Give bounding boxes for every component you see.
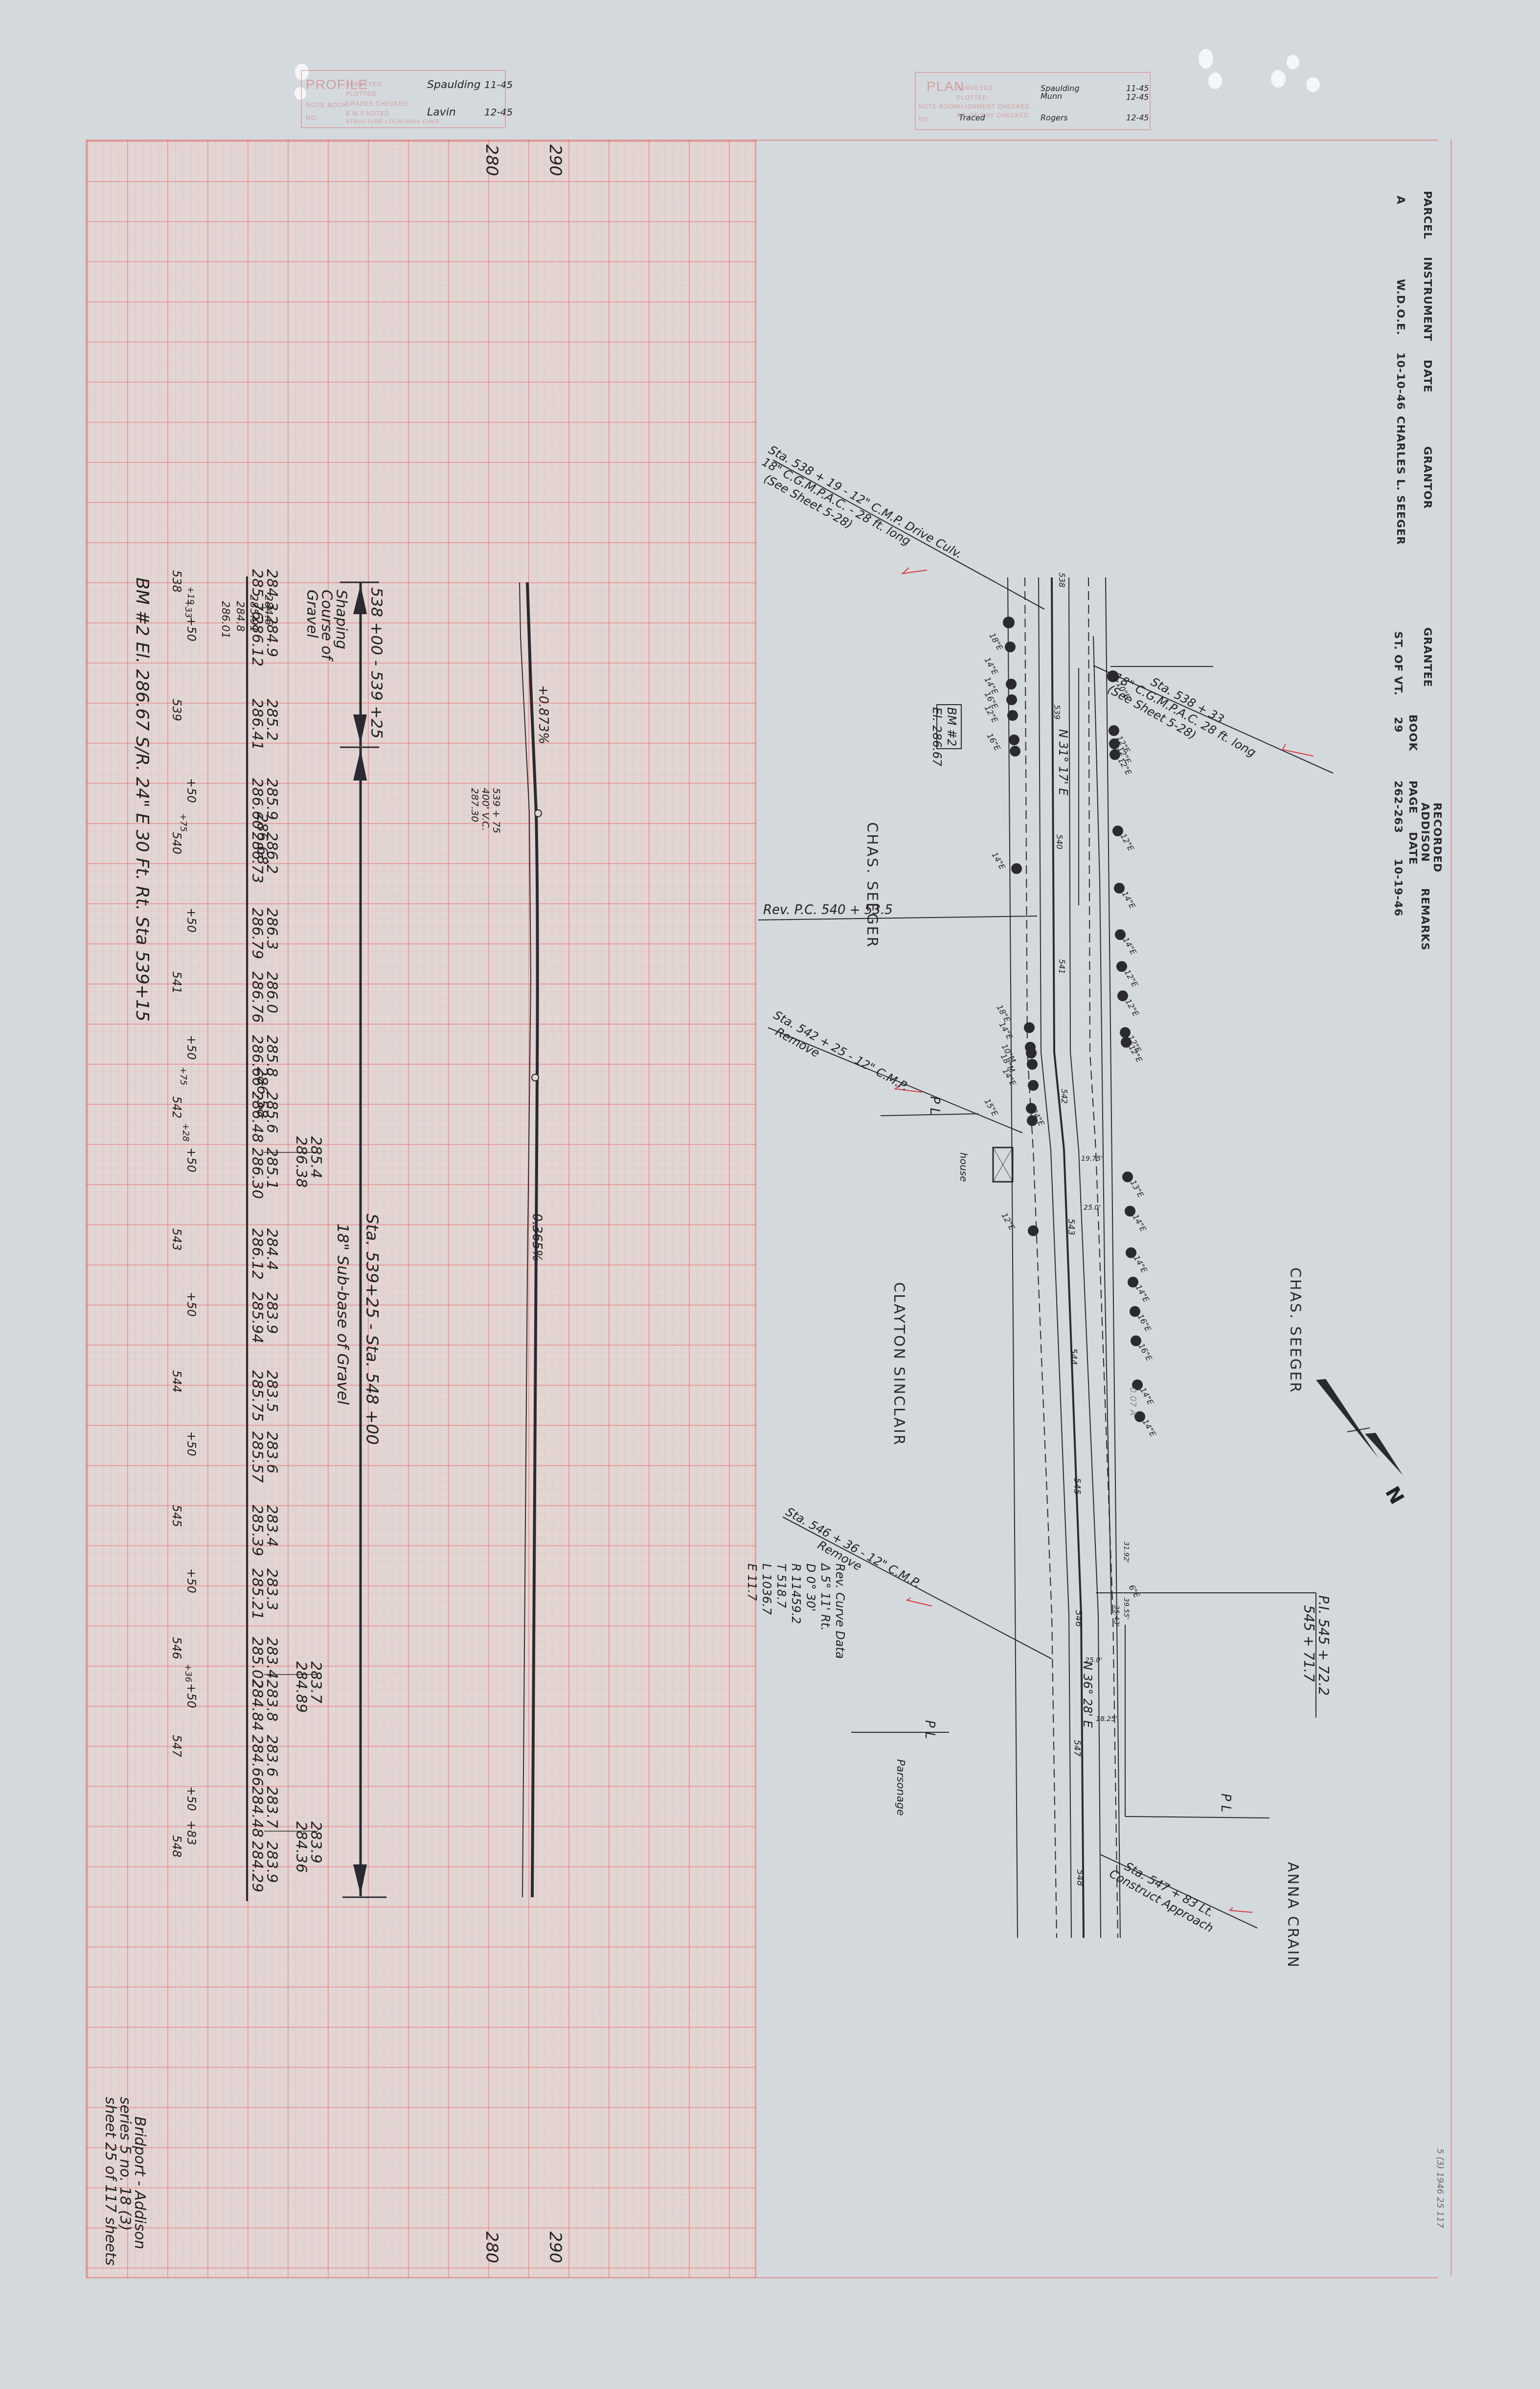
pi-label: P.I. 545 + 72.2545 + 71.7: [1301, 1595, 1331, 1696]
pi-value: P.I. 545 + 72.2: [1316, 1595, 1331, 1696]
rec-book: 29: [1392, 717, 1404, 733]
rec-header-grantor: GRANTOR: [1421, 446, 1433, 509]
station-label: 540: [170, 832, 183, 854]
grade-elev: 286.41: [249, 699, 264, 750]
elevation-pair: 283.9285.94: [249, 1292, 279, 1343]
curve-external: E 11.7: [744, 1563, 758, 1659]
owner-label: ANNA CRAIN: [1284, 1862, 1301, 1969]
ground-elev: 285.4: [308, 1136, 323, 1188]
station-label: +50: [184, 617, 198, 642]
grade-elev: 285.21: [249, 1568, 264, 1620]
elevation-pair: 283.9284.36: [294, 1821, 323, 1873]
rec-header-remarks: REMARKS: [1419, 888, 1431, 951]
archive-stamp: 5 (3) 1946 25 117: [1432, 2148, 1447, 2228]
ground-elev: 285.2: [264, 699, 279, 750]
bearing-label: N 31° 17' E: [1056, 729, 1070, 796]
pi-value-2: 545 + 71.7: [1301, 1595, 1316, 1696]
grade-up-label: +0.873%: [536, 685, 550, 744]
ground-elev: 285.1: [264, 1148, 279, 1199]
grade-elev: 285.94: [249, 1292, 264, 1343]
owner-label: Parsonage: [893, 1759, 907, 1816]
plan-station: 544: [1068, 1348, 1079, 1365]
elevation-pair: 283.4285.39: [249, 1505, 279, 1556]
area-label: 0.07 A: [1125, 1387, 1140, 1416]
ground-elev: 286.3: [264, 908, 279, 959]
station-label: 546: [170, 1637, 183, 1659]
drawing-sheet: PROFILE SURVEYED PLOTTED GRADES CHECKED …: [0, 0, 1540, 2389]
elevation-pair: 285.6286.48: [249, 1091, 279, 1143]
ground-elev: 283.9: [308, 1821, 323, 1873]
grade-down-label: -0.365%: [529, 1209, 544, 1262]
plan-station: 539: [1052, 705, 1062, 720]
elevation-pair: 283.7284.89: [294, 1661, 323, 1713]
grade-elev: 284.89: [294, 1661, 308, 1713]
rec-date: 10-10-46: [1394, 352, 1406, 410]
rec-grantor: CHARLES L. SEEGER: [1394, 416, 1406, 545]
plan-station: 542: [1060, 1089, 1069, 1104]
elevation-pair: 283.3285.21: [249, 1568, 279, 1620]
station-label: +50: [184, 778, 198, 803]
station-label: 541: [170, 971, 183, 994]
elevation-pair: 283.8284.84: [249, 1679, 279, 1731]
rec-header-date: DATE: [1421, 360, 1433, 393]
rev-pc-label: Rev. P.C. 540 + 53.5: [763, 903, 893, 918]
station-label: 539: [170, 699, 183, 721]
station-label: 547: [170, 1735, 183, 1757]
rec-header-instrument: INSTRUMENT: [1421, 257, 1433, 342]
grade-elev: 285.57: [249, 1431, 264, 1483]
plan-station: 543: [1066, 1218, 1076, 1235]
elevation-pair: 283.6284.66: [249, 1735, 279, 1786]
curve-title: Rev. Curve Data: [832, 1563, 846, 1659]
station-label: 543: [170, 1228, 183, 1251]
station-label: +75: [178, 1067, 188, 1085]
house-label: house: [956, 1152, 971, 1182]
station-label: 545: [170, 1505, 183, 1527]
ground-elev: 284.9: [264, 615, 279, 666]
shaping-course-range: 538 +00 - 539 +25: [369, 587, 384, 738]
grade-elev: 284.84: [249, 1679, 264, 1731]
elevation-pair: 283.6285.57: [249, 1431, 279, 1483]
sheet-note-line: series 5 no. 18 (3): [117, 2097, 132, 2266]
curve-tangent: T 518.7: [773, 1563, 788, 1659]
curve-data: Rev. Curve Data Δ 5° 11' Rt. D 0° 30' R …: [744, 1563, 846, 1659]
sheet-note-line: Bridport - Addison: [132, 2097, 147, 2266]
dimension-label: 18.25': [1096, 1715, 1117, 1723]
station-label: 542: [170, 1096, 183, 1119]
ground-elev: 286.2: [264, 832, 279, 883]
ground-elev: 283.6: [264, 1735, 279, 1786]
rec-instrument: W.D.O.E.: [1394, 279, 1406, 335]
station-label: +83: [184, 1820, 198, 1845]
station-label: +28: [181, 1123, 191, 1142]
rec-header-page: PAGE: [1406, 781, 1419, 814]
grade-elev: 284.48: [249, 1786, 264, 1838]
elevation-pair: 285.4286.38: [294, 1136, 323, 1188]
owner-label: CHAS. SEEGER: [1287, 1267, 1304, 1394]
station-label: +50: [184, 1683, 198, 1708]
grade-elev: 286.48: [249, 1091, 264, 1143]
ground-elev: 283.5: [264, 1370, 279, 1422]
dimension-label: 25.0': [1085, 1656, 1102, 1664]
station-label: 538: [170, 570, 183, 593]
subbase-range: Sta. 539+25 - Sta. 548 +00: [364, 1214, 379, 1445]
shaping-course-desc: Shaping Course of Gravel: [304, 590, 348, 688]
elevation-pair: 283.7284.48: [249, 1786, 279, 1838]
station-label: 544: [170, 1370, 183, 1393]
dimension-label: 19.75': [1081, 1155, 1103, 1163]
dimension-label: 35.43': [1112, 1605, 1120, 1627]
dimension-label: 39.55': [1122, 1598, 1130, 1619]
ground-elev: 283.9: [264, 1841, 279, 1892]
station-label: +50: [184, 1786, 198, 1811]
rec-header-book: BOOK: [1406, 714, 1419, 751]
elevation-pair: 286.3286.79: [249, 908, 279, 959]
subbase-desc: 18" Sub-base of Gravel: [336, 1223, 350, 1405]
elevation-pair: 286.2286.73: [249, 832, 279, 883]
plan-station: 547: [1072, 1740, 1082, 1756]
grade-elev: 284.66: [249, 1735, 264, 1786]
bm-label: BM #2: [944, 707, 959, 766]
sheet-note-line: sheet 25 of 117 sheets: [103, 2097, 117, 2266]
grade-elev: 284.36: [294, 1821, 308, 1873]
rec-header-grantee: GRANTEE: [1421, 627, 1433, 688]
plan-station: 541: [1057, 959, 1066, 974]
bm-elev: El. 286.67: [929, 707, 944, 766]
ground-elev: 283.8: [264, 1679, 279, 1731]
station-label: +75: [178, 813, 188, 832]
rec-header-recorded: RECORDED: [1431, 803, 1443, 873]
station-label: +50: [184, 1431, 198, 1456]
ground-elev: 286.0: [264, 971, 279, 1023]
ground-elev: 283.7: [308, 1661, 323, 1713]
ground-elev: 283.7: [264, 1786, 279, 1838]
rec-parcel: A: [1394, 196, 1406, 205]
property-line-label: P L: [927, 1096, 942, 1115]
plan-station: 548: [1075, 1869, 1085, 1886]
sheet-note: Bridport - Addison series 5 no. 18 (3) s…: [103, 2097, 147, 2266]
ground-elev: 285.6: [264, 1091, 279, 1143]
grade-elev: 286.79: [249, 908, 264, 959]
grade-elev: 286.38: [294, 1136, 308, 1188]
elevation-pair: 284.8286.01: [218, 601, 247, 639]
benchmark-box: BM #2El. 286.67: [929, 707, 959, 766]
grade-elev: 285.75: [249, 1370, 264, 1422]
curve-radius: R 11459.2: [788, 1563, 802, 1659]
station-label: +50: [184, 1148, 198, 1172]
rec-rec-date: 10-19-46: [1392, 859, 1404, 917]
plan-station: 545: [1072, 1478, 1082, 1494]
grade-elev: 286.30: [249, 1148, 264, 1199]
station-label: +50: [184, 1568, 198, 1593]
elevation-pair: 283.5285.75: [249, 1370, 279, 1422]
ground-elev: 283.3: [264, 1568, 279, 1620]
elevation-pair: 284.9286.12: [249, 615, 279, 666]
grade-elev: 286.12: [249, 615, 264, 666]
vc-elevation: 287.30: [468, 788, 482, 822]
bearing-label: N 36° 28' E: [1080, 1661, 1095, 1728]
station-label: +36: [183, 1664, 193, 1682]
rec-header-parcel: PARCEL: [1421, 191, 1433, 239]
curve-length: L 1036.7: [758, 1563, 773, 1659]
benchmark-note: BM #2 El. 286.67 S/R. 24" E 30 Ft. Rt. S…: [135, 577, 149, 1022]
grade-elev: 285.39: [249, 1505, 264, 1556]
ground-elev: 284.8: [232, 601, 247, 639]
grade-elev: 284.29: [249, 1841, 264, 1892]
dimension-label: 25.0': [1084, 1204, 1101, 1212]
grade-elev: 286.76: [249, 971, 264, 1023]
property-line-label: P L: [922, 1720, 937, 1739]
rec-page: 262-263: [1392, 781, 1404, 833]
ground-elev: 283.9: [264, 1292, 279, 1343]
elevation-pair: 286.0286.76: [249, 971, 279, 1023]
elevation-pair: 285.1286.30: [249, 1148, 279, 1199]
grade-elev: 286.12: [249, 1228, 264, 1280]
plan-station: 538: [1057, 573, 1066, 588]
station-label: 548: [170, 1835, 183, 1858]
dimension-label: 31.92': [1122, 1541, 1130, 1563]
station-label: +33: [183, 599, 193, 618]
curve-delta: Δ 5° 11' Rt.: [817, 1563, 832, 1659]
curve-degree: D 0° 30': [802, 1563, 817, 1659]
station-label: +50: [184, 908, 198, 933]
plan-station: 546: [1073, 1610, 1084, 1627]
grade-elev: 286.73: [249, 832, 264, 883]
ground-elev: 284.4: [264, 1228, 279, 1280]
rec-header-addison: ADDISON: [1419, 803, 1431, 862]
owner-label: CLAYTON SINCLAIR: [890, 1282, 907, 1447]
elevation-pair: 285.2286.41: [249, 699, 279, 750]
rec-header-rec-date: DATE: [1406, 832, 1419, 865]
owner-label: CHAS. SEEGER: [863, 822, 881, 948]
profile-lines: [0, 0, 1540, 2389]
property-line-label: P L: [1218, 1793, 1233, 1812]
elevation-pair: 284.4286.12: [249, 1228, 279, 1280]
rec-grantee: ST. OF VT.: [1392, 631, 1404, 696]
station-label: +50: [184, 1035, 198, 1060]
station-label: +50: [184, 1292, 198, 1317]
plan-station: 540: [1055, 834, 1064, 850]
ground-elev: 283.4: [264, 1505, 279, 1556]
elevation-pair: 283.9284.29: [249, 1841, 279, 1892]
grade-elev: 286.01: [218, 601, 232, 639]
ground-elev: 283.6: [264, 1431, 279, 1483]
